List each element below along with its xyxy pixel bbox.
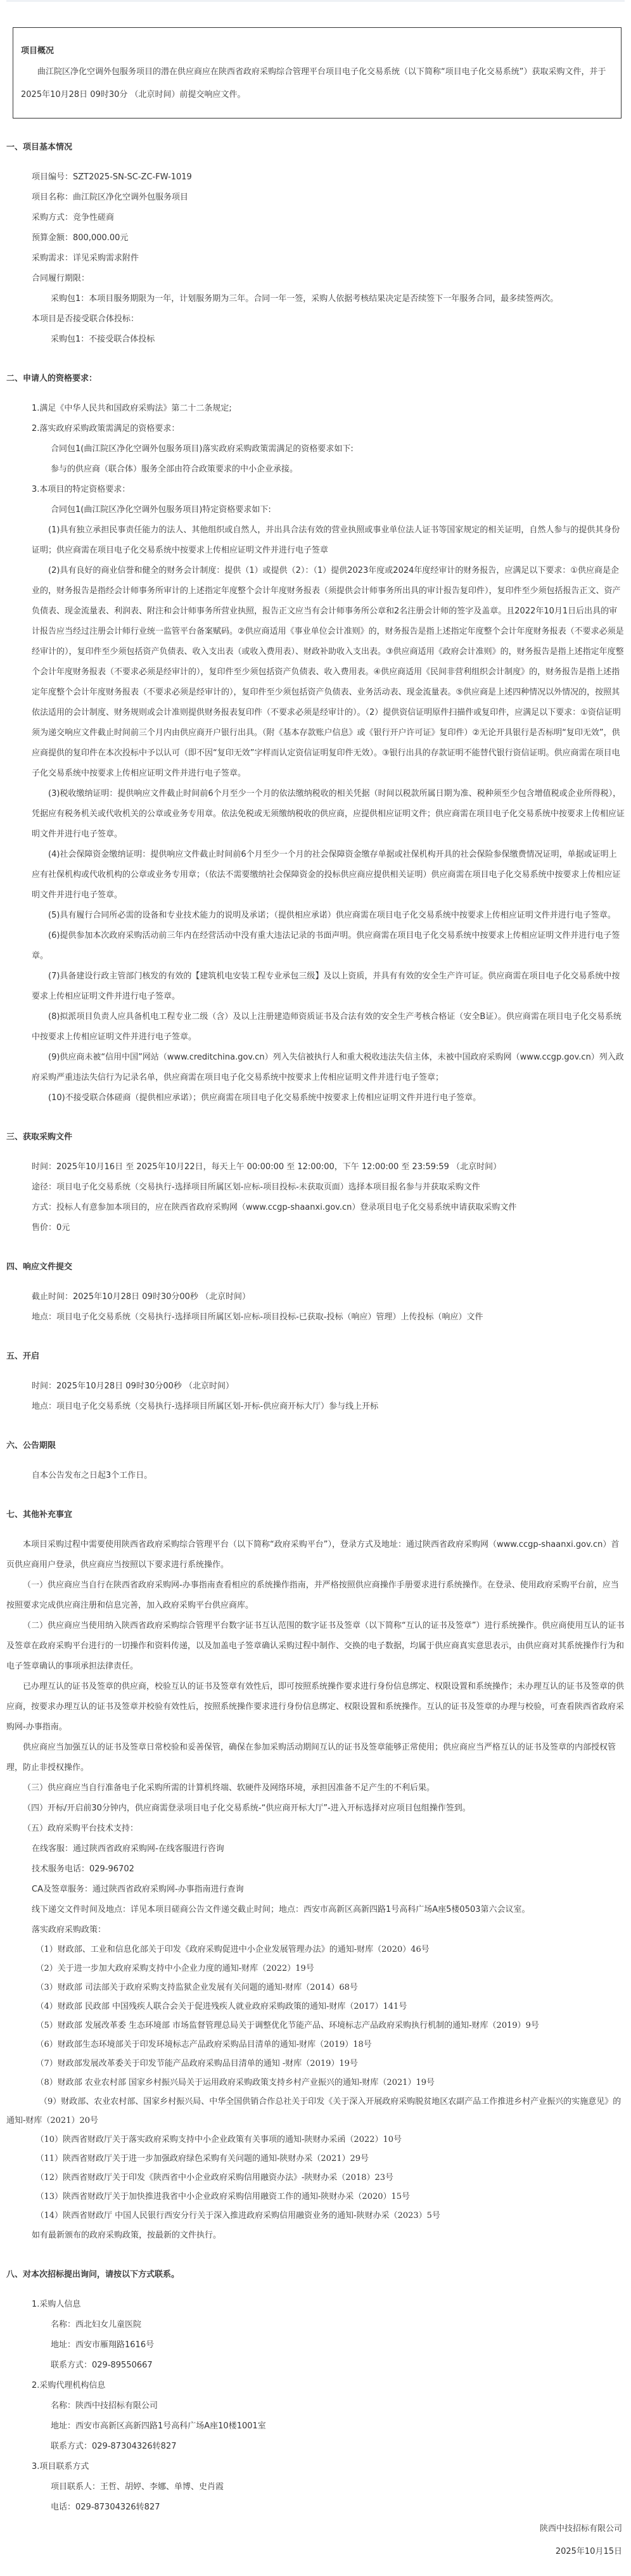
- policy-item: （10）陕西省财政厅关于落实政府采购支持中小企业政策有关事项的通知-陕财办采函（…: [6, 2131, 625, 2150]
- purchaser-title: 1.采购人信息: [6, 2295, 625, 2315]
- section-title: 五、开启: [6, 1349, 625, 1361]
- section-title: 八、对本次招标提出询问，请按以下方式联系。: [6, 2267, 625, 2279]
- policy-item: （8）财政部 农业农村部 国家乡村振兴局关于运用政府采购政策支持乡村产业振兴的通…: [6, 2073, 625, 2092]
- section-title: 七、其他补充事宜: [6, 1508, 625, 1520]
- specific-requirement: (5)具有履行合同所必需的设备和专业技术能力的说明及承诺；（提供相应承诺）供应商…: [6, 906, 625, 926]
- policy-item: （4）财政部 民政部 中国残疾人联合会关于促进残疾人就业政府采购政策的通知-财库…: [6, 1997, 625, 2016]
- overview-title: 项目概况: [21, 42, 613, 61]
- contact-title: 3.项目联系方式: [6, 2457, 625, 2477]
- requirement-3: 3.本项目的特定资格要求：: [6, 480, 625, 500]
- specific-requirement: (8)拟派项目负责人应具备机电工程专业二级（含）及以上注册建造师资质证书及合法有…: [6, 1007, 625, 1048]
- obtain-channel: 途径：项目电子化交易系统（交易执行-选择项目所属区划-应标-项目投标-未获取页面…: [6, 1177, 625, 1198]
- specific-requirement: (4)社会保障资金缴纳证明：提供响应文件截止时间前6个月至少一个月的社会保障资金…: [6, 845, 625, 906]
- requirement-3-package: 合同包1(曲江院区净化空调外包服务项目)特定资格要求如下:: [6, 500, 625, 520]
- overview-text: 曲江院区净化空调外包服务项目的潜在供应商应在陕西省政府采购综合管理平台项目电子化…: [21, 61, 613, 106]
- budget-amount: 预算金额：800,000.00元: [6, 228, 625, 248]
- section-basic-info: 一、项目基本情况 项目编号：SZT2025-SN-SC-ZC-FW-1019 项…: [0, 140, 631, 350]
- section-title: 三、获取采购文件: [6, 1130, 625, 1142]
- tech-service-phone: 技术服务电话：029-96702: [6, 1859, 625, 1880]
- purchaser-phone: 联系方式：029-89550667: [6, 2355, 625, 2376]
- policy-heading: 落实政府采购政策：: [6, 1920, 625, 1940]
- agency-name: 名称：陕西中技招标有限公司: [6, 2396, 625, 2416]
- policy-item: （7）财政部发展改革委关于印发节能产品政府采购品目清单的通知 -财库（2019）…: [6, 2054, 625, 2073]
- specific-requirement: (6)提供参加本次政府采购活动前三年内在经营活动中没有重大违法记录的书面声明。供…: [6, 926, 625, 966]
- contract-term-value: 采购包1：本项目服务期限为一年，计划服务期为三年。合同一年一签，采购人依据考核结…: [6, 289, 625, 309]
- matter-2b: 已办理互认的证书及签章的供应商，校验互认的证书及签章有效性后，即可按照系统操作要…: [6, 1677, 625, 1738]
- matter-3: （三）供应商应当自行准备电子化采购所需的计算机终端、软硬件及网络环境，承担因准备…: [6, 1778, 625, 1798]
- requirement-1: 1.满足《中华人民共和国政府采购法》第二十二条规定;: [6, 399, 625, 419]
- section-title: 四、响应文件提交: [6, 1260, 625, 1272]
- procurement-method: 采购方式：竞争性磋商: [6, 208, 625, 228]
- specific-requirement: (2)具有良好的商业信誉和健全的财务会计制度：提供（1）或提供（2）：（1）提供…: [6, 561, 625, 784]
- section-contact: 八、对本次招标提出询问，请按以下方式联系。 1.采购人信息 名称：西北妇女儿童医…: [0, 2267, 631, 2518]
- consortium-label: 本项目是否接受联合体投标：: [6, 309, 625, 330]
- policy-item: （9）财政部、农业农村部、国家乡村振兴局、中华全国供销合作总社关于印发《关于深入…: [6, 2092, 625, 2131]
- section-title: 二、申请人的资格要求：: [6, 371, 625, 383]
- agency-address: 地址：西安市高新区高新四路1号高科广场A座10楼1001室: [6, 2416, 625, 2437]
- purchaser-address: 地址：西安市雁翔路1616号: [6, 2335, 625, 2355]
- section-obtain-documents: 三、获取采购文件 时间：2025年10月16日 至 2025年10月22日，每天…: [0, 1130, 631, 1238]
- matter-5: （五）政府采购平台技术支持：: [6, 1819, 625, 1839]
- policy-item: （6）财政部生态环境部关于印发环境标志产品政府采购品目清单的通知-财库（2019…: [6, 2035, 625, 2054]
- matter-2c: 供应商应当加强互认的证书及签章日常校验和妥善保管，确保在参加采购活动期间互认的证…: [6, 1738, 625, 1778]
- policy-item: （14）陕西省财政厅 中国人民银行西安分行关于深入推进政府采购信用融资业务的通知…: [6, 2207, 625, 2226]
- project-name: 项目名称：曲江院区净化空调外包服务项目: [6, 188, 625, 208]
- policy-item: （11）陕西省财政厅关于进一步加强政府绿色采购有关问题的通知-陕财办采（2021…: [6, 2150, 625, 2169]
- policy-item: （3）财政部 司法部关于政府采购支持监狱企业发展有关问题的通知-财库（2014）…: [6, 1978, 625, 1997]
- consortium-value: 采购包1：不接受联合体投标: [6, 330, 625, 350]
- policy-item: （13）陕西省财政厅关于加快推进我省中小企业政府采购信用融资工作的通知-陕财办采…: [6, 2188, 625, 2207]
- policy-note: 如有最新颁布的政府采购政策，按最新的文件执行。: [6, 2226, 625, 2246]
- obtain-method: 方式：投标人有意参加本项目的，应在陕西省政府采购网（www.ccgp-shaan…: [6, 1198, 625, 1218]
- purchaser-name: 名称：西北妇女儿童医院: [6, 2315, 625, 2335]
- document-price: 售价：0元: [6, 1218, 625, 1238]
- opening-time: 时间：2025年10月28日 09时30分00秒 （北京时间）: [6, 1376, 625, 1397]
- obtain-time: 时间：2025年10月16日 至 2025年10月22日，每天上午 00:00:…: [6, 1157, 625, 1177]
- policy-item: （1）财政部、工业和信息化部关于印发《政府采购促进中小企业发展管理办法》的通知-…: [6, 1940, 625, 1959]
- requirement-2-detail: 参与的供应商（联合体）服务全部由符合政策要求的中小企业承接。: [6, 459, 625, 480]
- requirement-2-package: 合同包1(曲江院区净化空调外包服务项目)落实政府采购政策需满足的资格要求如下:: [6, 439, 625, 459]
- matter-1: （一）供应商应当自行在陕西省政府采购网-办事指南查看相应的系统操作指南，并严格按…: [6, 1575, 625, 1616]
- opening-location: 地点：项目电子化交易系统（交易执行-选择项目所属区划-开标-供应商开标大厅）参与…: [6, 1397, 625, 1417]
- section-qualification: 二、申请人的资格要求： 1.满足《中华人民共和国政府采购法》第二十二条规定; 2…: [0, 371, 631, 1108]
- policy-item: （2）关于进一步加大政府采购支持中小企业力度的通知-财库（2022）19号: [6, 1959, 625, 1978]
- section-opening: 五、开启 时间：2025年10月28日 09时30分00秒 （北京时间） 地点：…: [0, 1349, 631, 1417]
- policy-item: （5）财政部 发展改革委 生态环境部 市场监督管理总局关于调整优化节能产品、环境…: [6, 2016, 625, 2035]
- requirement-2: 2.落实政府采购政策需满足的资格要求：: [6, 419, 625, 439]
- signature-block: 陕西中技招标有限公司 2025年10月15日: [0, 2518, 631, 2576]
- section-submission: 四、响应文件提交 截止时间：2025年10月28日 09时30分00秒 （北京时…: [0, 1260, 631, 1328]
- announcement-period-text: 自本公告发布之日起3个工作日。: [6, 1466, 625, 1486]
- project-overview-box: 项目概况 曲江院区净化空调外包服务项目的潜在供应商应在陕西省政府采购综合管理平台…: [13, 27, 621, 119]
- specific-requirement: (10)不接受联合体磋商（提供相应承诺）；供应商需在项目电子化交易系统中按要求上…: [6, 1088, 625, 1108]
- section-title: 六、公告期限: [6, 1439, 625, 1451]
- procurement-requirement: 采购需求：详见采购需求附件: [6, 248, 625, 269]
- agency-phone: 联系方式：029-87304326转827: [6, 2437, 625, 2457]
- contact-phone: 电话：029-87304326转827: [6, 2497, 625, 2518]
- matter-2: （二）供应商应当使用纳入陕西省政府采购综合管理平台数字证书互认范围的数字证书及签…: [6, 1616, 625, 1677]
- contact-persons: 项目联系人：王哲、胡婷、李娜、单博、史肖霞: [6, 2477, 625, 2497]
- specific-requirement: (1)具有独立承担民事责任能力的法人、其他组织或自然人，并出具合法有效的营业执照…: [6, 520, 625, 561]
- signature-company: 陕西中技招标有限公司: [0, 2518, 631, 2541]
- specific-requirement: (9)供应商未被“信用中国”网站（www.creditchina.gov.cn）…: [6, 1048, 625, 1088]
- policy-item: （12）陕西省财政厅关于印发《陕西省中小企业政府采购信用融资办法》-陕财办采（2…: [6, 2169, 625, 2188]
- submission-deadline: 截止时间：2025年10月28日 09时30分00秒 （北京时间）: [6, 1287, 625, 1307]
- contract-term-label: 合同履行期限：: [6, 269, 625, 289]
- ca-service: CA及签章服务：通过陕西省政府采购网-办事指南进行查询: [6, 1880, 625, 1900]
- platform-intro: 本项目采购过程中需要使用陕西省政府采购综合管理平台（以下简称“政府采购平台”），…: [6, 1535, 625, 1575]
- specific-requirement: (3)税收缴纳证明：提供响应文件截止时间前6个月至少一个月的依法缴纳税收的相关凭…: [6, 784, 625, 845]
- section-title: 一、项目基本情况: [6, 140, 625, 152]
- submission-location: 地点：项目电子化交易系统（交易执行-选择项目所属区划-应标-项目投标-已获取-投…: [6, 1307, 625, 1328]
- specific-requirement: (7)具备建设行政主管部门核发的有效的【建筑机电安装工程专业承包三级】及以上资质…: [6, 966, 625, 1007]
- matter-4: （四）开标/开启前30分钟内，供应商需登录项目电子化交易系统-“供应商开标大厅”…: [6, 1798, 625, 1819]
- top-bar: [6, 0, 625, 2]
- project-number: 项目编号：SZT2025-SN-SC-ZC-FW-1019: [6, 167, 625, 188]
- section-announcement-period: 六、公告期限 自本公告发布之日起3个工作日。: [0, 1439, 631, 1486]
- online-service: 在线客服：通过陕西省政府采购网-在线客服进行咨询: [6, 1839, 625, 1859]
- section-other-matters: 七、其他补充事宜 本项目采购过程中需要使用陕西省政府采购综合管理平台（以下简称“…: [0, 1508, 631, 2246]
- offline-submission: 线下递交文件时间及地点：详见本项目磋商公告文件递交截止时间；地点：西安市高新区高…: [6, 1900, 625, 1920]
- signature-date: 2025年10月15日: [0, 2541, 631, 2563]
- agency-title: 2.采购代理机构信息: [6, 2376, 625, 2396]
